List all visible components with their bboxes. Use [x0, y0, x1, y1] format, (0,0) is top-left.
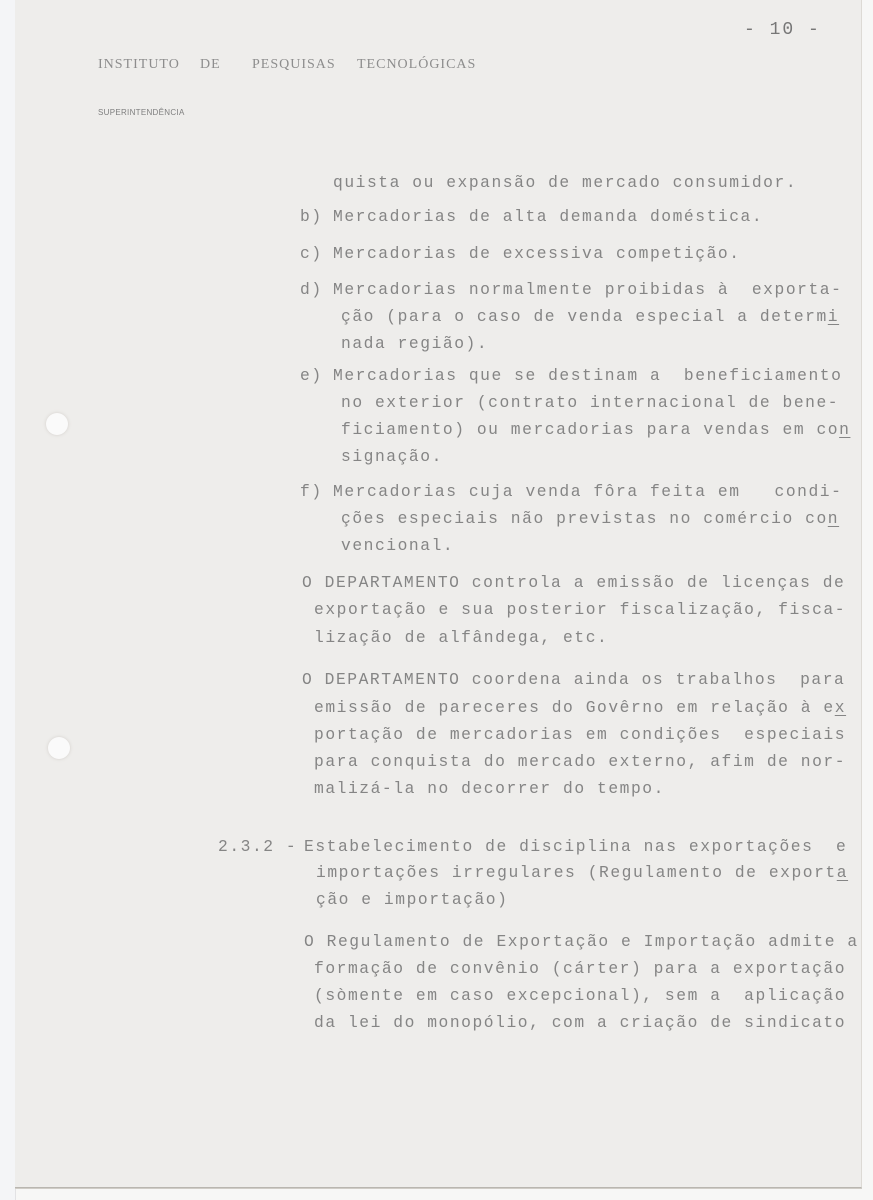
section-number: 2.3.2 - [218, 837, 297, 857]
paragraph-line: O DEPARTAMENTO controla a emissão de lic… [302, 573, 845, 593]
institution-word: INSTITUTO [98, 57, 200, 73]
institution-header: INSTITUTO DE PESQUISAS TECNOLÓGICAS [98, 57, 476, 73]
item-label: b) [300, 207, 323, 227]
paragraph-line: emissão de pareceres do Govêrno em relaç… [314, 698, 846, 718]
underlined-syllable: n [828, 509, 839, 528]
underlined-syllable: n [839, 420, 850, 439]
text-line: quista ou expansão de mercado consumidor… [333, 173, 797, 193]
underlined-syllable: i [828, 307, 839, 326]
item-text: nada região). [341, 334, 488, 354]
paragraph-line: exportação e sua posterior fiscalização,… [314, 600, 846, 620]
item-label: f) [300, 482, 323, 502]
section-title: Estabelecimento de disciplina nas export… [304, 837, 847, 857]
item-label: e) [300, 366, 323, 386]
section-title: ção e importação) [316, 890, 508, 910]
text-span: importações irregulares (Regulamento de … [316, 863, 837, 882]
paragraph-line: (sòmente em caso excepcional), sem a apl… [314, 986, 846, 1006]
punch-hole-icon [46, 413, 68, 435]
text-span: ficiamento) ou mercadorias para vendas e… [341, 420, 839, 439]
paragraph-line: malizá-la no decorrer do tempo. [314, 779, 665, 799]
paragraph-line: da lei do monopólio, com a criação de si… [314, 1013, 846, 1033]
underlined-syllable: x [835, 698, 846, 717]
scan-margin [0, 0, 16, 1200]
paragraph-line: lização de alfândega, etc. [314, 628, 608, 648]
item-text: ções especiais não previstas no comércio… [341, 509, 839, 529]
paragraph-line: O Regulamento de Exportação e Importação… [304, 932, 859, 952]
text-span: emissão de pareceres do Govêrno em relaç… [314, 698, 835, 717]
item-text: Mercadorias de alta demanda doméstica. [333, 207, 763, 227]
item-text: ficiamento) ou mercadorias para vendas e… [341, 420, 850, 440]
section-title: importações irregulares (Regulamento de … [316, 863, 848, 883]
department-label: SUPERINTENDÊNCIA [98, 108, 185, 117]
paragraph-line: O DEPARTAMENTO coordena ainda os trabalh… [302, 670, 845, 690]
paragraph-line: portação de mercadorias em condições esp… [314, 725, 846, 745]
institution-word: TECNOLÓGICAS [357, 57, 476, 73]
item-text: Mercadorias que se destinam a beneficiam… [333, 366, 842, 386]
paragraph-line: para conquista do mercado externo, afim … [314, 752, 846, 772]
punch-hole-icon [48, 737, 70, 759]
institution-word: DE [200, 57, 252, 73]
item-label: d) [300, 280, 323, 300]
item-text: signação. [341, 447, 443, 467]
text-span: ção (para o caso de venda especial a det… [341, 307, 828, 326]
item-text: no exterior (contrato internacional de b… [341, 393, 839, 413]
text-span: ções especiais não previstas no comércio… [341, 509, 828, 528]
page-number: - 10 - [744, 20, 821, 40]
item-label: c) [300, 244, 323, 264]
item-text: Mercadorias cuja venda fôra feita em con… [333, 482, 842, 502]
institution-word: PESQUISAS [252, 57, 357, 73]
item-text: Mercadorias de excessiva competição. [333, 244, 741, 264]
underlined-syllable: a [837, 863, 848, 882]
item-text: ção (para o caso de venda especial a det… [341, 307, 839, 327]
item-text: Mercadorias normalmente proibidas à expo… [333, 280, 842, 300]
item-text: vencional. [341, 536, 454, 556]
paragraph-line: formação de convênio (cárter) para a exp… [314, 959, 846, 979]
